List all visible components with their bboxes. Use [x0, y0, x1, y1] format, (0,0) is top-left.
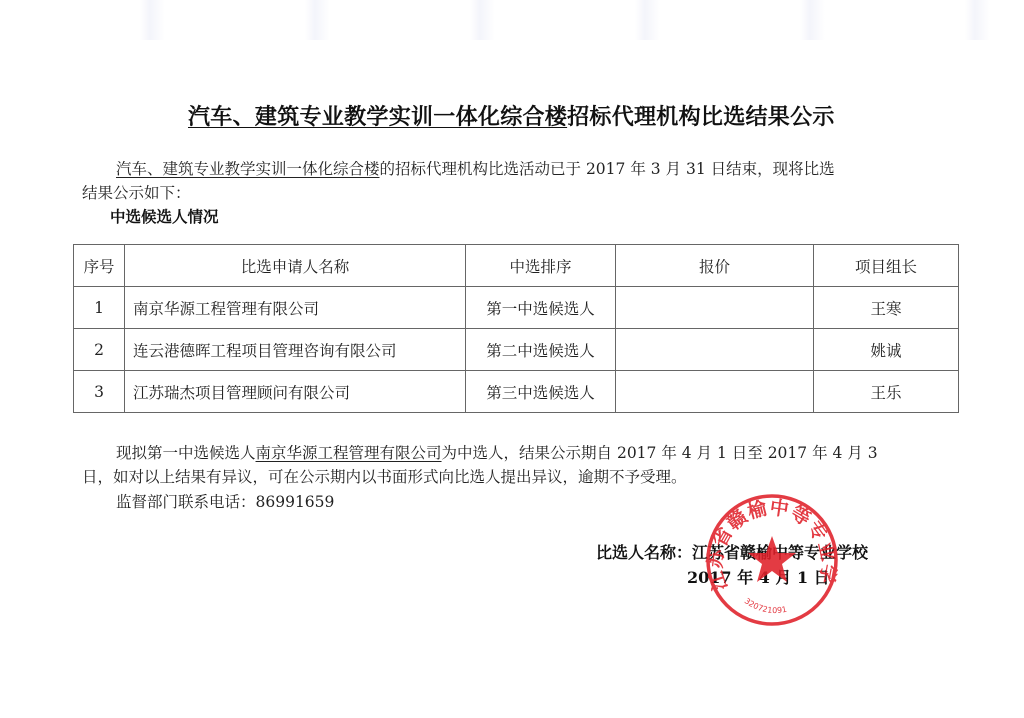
header-rank: 中选排序	[466, 245, 616, 287]
cell-price	[616, 287, 814, 329]
intro-line-1: 汽车、建筑专业教学实训一体化综合楼的招标代理机构比选活动已于 2017 年 3 …	[116, 157, 835, 179]
issue-date: 2017 年 4 月 1 日	[687, 565, 830, 588]
cell-rank: 第一中选候选人	[466, 287, 616, 329]
cell-price	[616, 329, 814, 371]
header-name: 比选申请人名称	[125, 245, 466, 287]
table-row: 3 江苏瑞杰项目管理顾问有限公司 第三中选候选人 王乐	[74, 371, 959, 413]
svg-text:320721091: 320721091	[743, 596, 788, 615]
scan-artifact	[0, 0, 1024, 40]
header-leader: 项目组长	[814, 245, 959, 287]
cell-price	[616, 371, 814, 413]
intro-line-1-rest: 的招标代理机构比选活动已于 2017 年 3 月 31 日结束，现将比选	[380, 160, 835, 178]
supervision-phone: 监督部门联系电话：86991659	[116, 490, 334, 512]
cell-leader: 姚诚	[814, 329, 959, 371]
intro-line-2: 结果公示如下：	[82, 181, 191, 203]
cell-name: 连云港德晖工程项目管理咨询有限公司	[125, 329, 466, 371]
result-line-1-rest: 为中选人，结果公示期自 2017 年 4 月 1 日至 2017 年 4 月 3	[442, 444, 878, 462]
page-title: 汽车、建筑专业教学实训一体化综合楼招标代理机构比选结果公示	[188, 100, 868, 131]
header-price: 报价	[616, 245, 814, 287]
candidates-table: 序号 比选申请人名称 中选排序 报价 项目组长 1 南京华源工程管理有限公司 第…	[73, 244, 959, 413]
cell-rank: 第三中选候选人	[466, 371, 616, 413]
result-line-1: 现拟第一中选候选人南京华源工程管理有限公司为中选人，结果公示期自 2017 年 …	[116, 441, 878, 463]
cell-name: 江苏瑞杰项目管理顾问有限公司	[125, 371, 466, 413]
title-suffix: 招标代理机构比选结果公示	[567, 104, 835, 130]
cell-no: 3	[74, 371, 125, 413]
result-line-2: 日，如对以上结果有异议，可在公示期内以书面形式向比选人提出异议，逾期不予受理。	[82, 465, 687, 487]
cell-no: 2	[74, 329, 125, 371]
table-row: 2 连云港德晖工程项目管理咨询有限公司 第二中选候选人 姚诚	[74, 329, 959, 371]
cell-rank: 第二中选候选人	[466, 329, 616, 371]
seal-code: 320721091	[743, 596, 788, 615]
table-header-row: 序号 比选申请人名称 中选排序 报价 项目组长	[74, 245, 959, 287]
cell-no: 1	[74, 287, 125, 329]
cell-name: 南京华源工程管理有限公司	[125, 287, 466, 329]
cell-leader: 王乐	[814, 371, 959, 413]
result-prefix: 现拟第一中选候选人	[116, 444, 256, 462]
header-no: 序号	[74, 245, 125, 287]
section-heading: 中选候选人情况	[110, 205, 219, 227]
table-row: 1 南京华源工程管理有限公司 第一中选候选人 王寒	[74, 287, 959, 329]
intro-project-name: 汽车、建筑专业教学实训一体化综合楼	[116, 160, 380, 178]
winner-name: 南京华源工程管理有限公司	[256, 444, 442, 462]
title-project-name: 汽车、建筑专业教学实训一体化综合楼	[188, 104, 567, 130]
cell-leader: 王寒	[814, 287, 959, 329]
issuer-name: 比选人名称：江苏省赣榆中等专业学校	[596, 540, 868, 563]
